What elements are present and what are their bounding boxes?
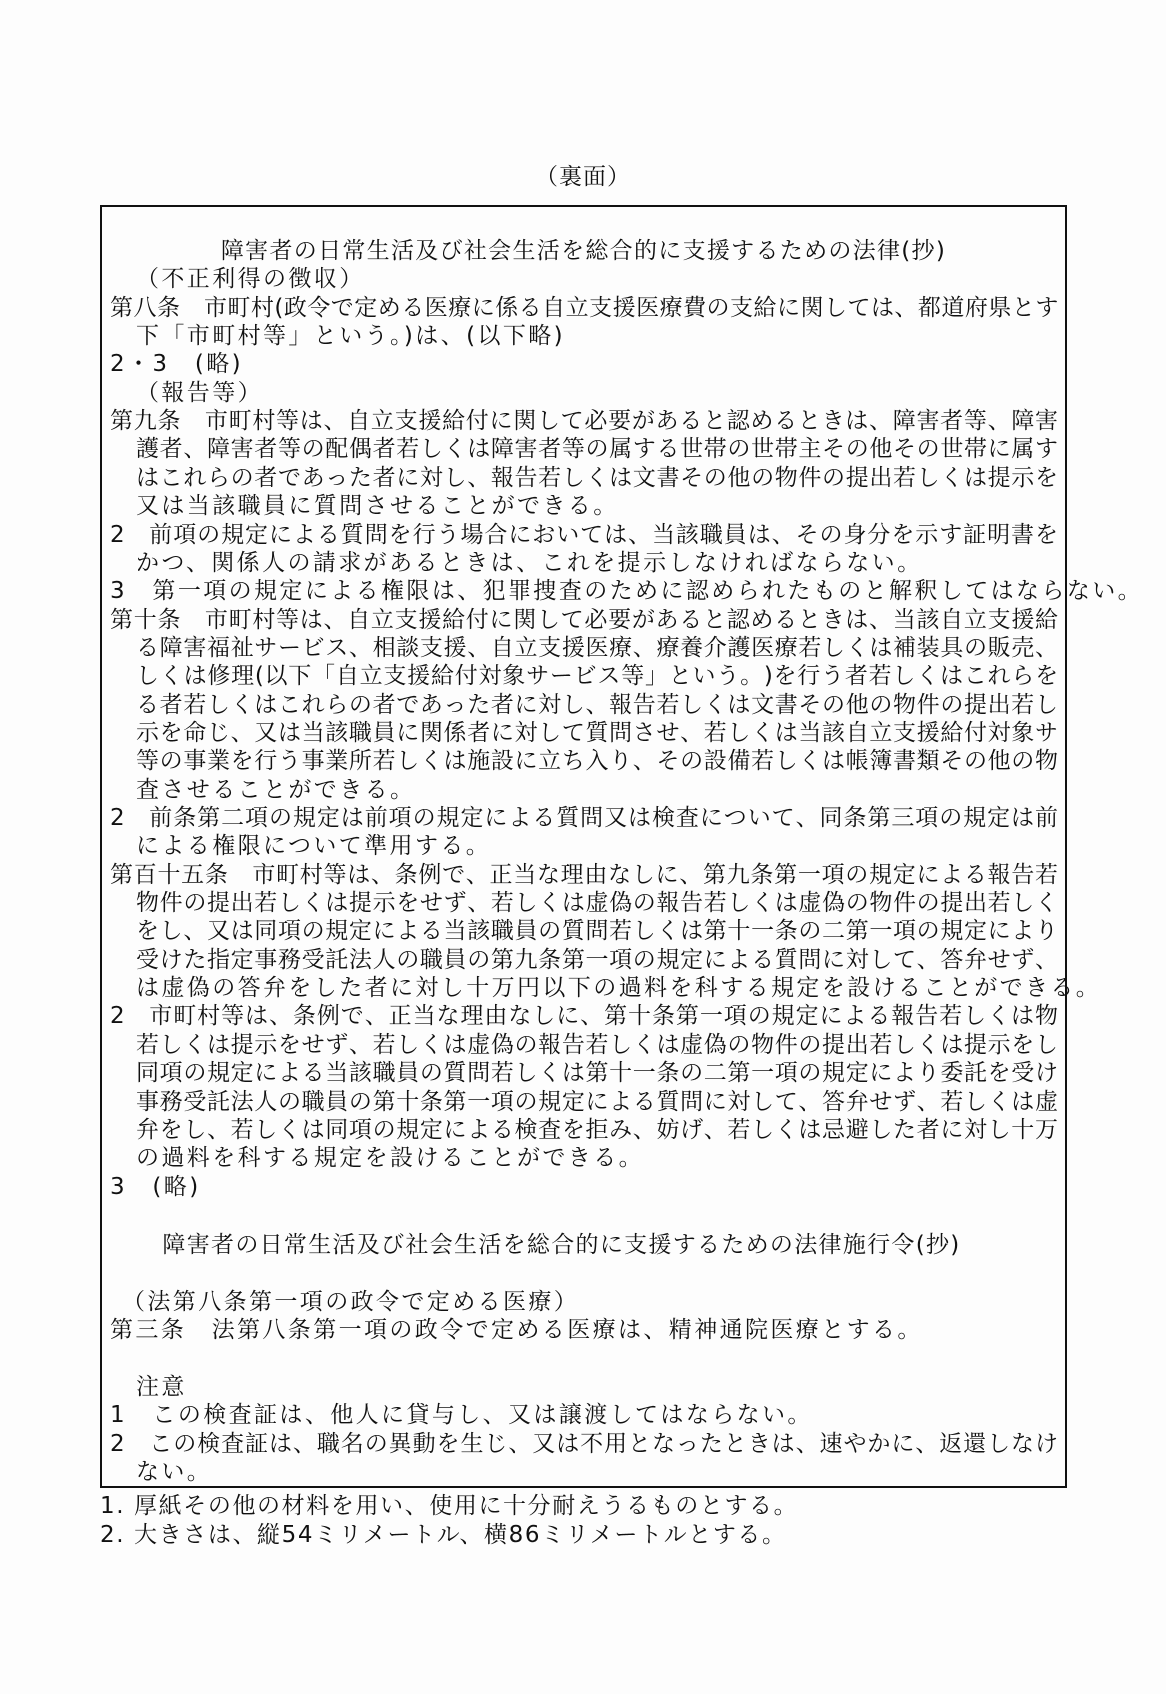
notes-heading: 注意 xyxy=(136,1373,187,1401)
act-line: 同​ 項​ の​ 規​ 定​ に​ よ​ る​ 当​ 該​ 職​ 員​ の​ 質… xyxy=(136,1059,1058,1087)
act-line: による権限について準用する。 xyxy=(136,832,491,860)
act-line: 2​ ​ 市​ 町​ 村​ 等​ は​ 、​ 条​ 例​ で​ 、​ 正​ 当​… xyxy=(110,1002,1058,1030)
act-line: る​ 者​ 若​ し​ く​ は​ こ​ れ​ ら​ の​ 者​ で​ あ​ っ… xyxy=(136,691,1058,719)
spec-item-2: 2. 大きさは、縦54ミリメートル、横86ミリメートルとする。 xyxy=(100,1521,787,1549)
act-line: （報告等） xyxy=(136,379,263,407)
note-item-2-cont: ない。 xyxy=(136,1458,212,1486)
order-title: 障害者の日常生活及び社会生活を総合的に支援するための法律施行令(抄) xyxy=(80,1231,1043,1259)
act-line: 第​ 百​ 十​ 五​ 条​ ​ 市​ 町​ 村​ 等​ は​ 、​ 条​ 例​… xyxy=(110,861,1058,889)
act-line: 2​ ​ 前​ 項​ の​ 規​ 定​ に​ よ​ る​ 質​ 問​ を​ 行​… xyxy=(110,521,1058,549)
act-line: 第​ 九​ 条​ ​ 市​ 町​ 村​ 等​ は​ 、​ 自​ 立​ 支​ 援​… xyxy=(110,407,1058,435)
act-line: 下「市町村等」という。)は、(以下略) xyxy=(136,322,565,350)
act-line: 物​ 件​ の​ 提​ 出​ 若​ し​ く​ は​ 提​ 示​ を​ せ​ ず… xyxy=(136,889,1058,917)
act-line: 受​ け​ た​ 指​ 定​ 事​ 務​ 受​ 託​ 法​ 人​ の​ 職​ 員… xyxy=(136,946,1058,974)
act-line: る​ 障​ 害​ 福​ 祉​ サ​ ー​ ビ​ ス​ 、​ 相​ 談​ 支​ 援… xyxy=(136,634,1058,662)
act-line: 若​ し​ く​ は​ 提​ 示​ を​ せ​ ず​ 、​ 若​ し​ く​ は… xyxy=(136,1031,1058,1059)
page-side-label: （裏面） xyxy=(0,163,1166,191)
act-line: 護​ 者​ 、​ 障​ 害​ 者​ 等​ の​ 配​ 偶​ 者​ 若​ し​ く… xyxy=(136,435,1058,463)
act-line: 示​ を​ 命​ じ​ 、​ 又​ は​ 当​ 該​ 職​ 員​ に​ 関​ 係… xyxy=(136,719,1058,747)
act-line: 第​ 十​ 条​ ​ 市​ 町​ 村​ 等​ は​ 、​ 自​ 立​ 支​ 援​… xyxy=(110,606,1058,634)
act-line: かつ、関係人の請求があるときは、これを提示しなければならない。 xyxy=(136,549,922,577)
act-line: は虚偽の答弁をした者に対し十万円以下の過料を科する規定を設けることができる。 xyxy=(136,974,1101,1002)
order-article-heading: （法第八条第一項の政令で定める医療） xyxy=(122,1288,579,1316)
act-line: 3 第一項の規定による権限は、犯罪捜査のために認められたものと解釈してはならない… xyxy=(110,577,1143,605)
act-line: （不正利得の徴収） xyxy=(136,265,365,293)
act-line: の過料を科する規定を設けることができる。 xyxy=(136,1144,644,1172)
act-title: 障害者の日常生活及び社会生活を総合的に支援するための法律(抄) xyxy=(102,237,1065,265)
note-item-2: 2​ ​ こ​ の​ 検​ 査​ 証​ は​ 、​ 職​ 名​ の​ 異​ 動​… xyxy=(110,1430,1058,1458)
act-line: し​ く​ は​ 修​ 理​ (​ 以​ 下​ 「​ 自​ 立​ 支​ 援​ 給… xyxy=(136,662,1058,690)
act-line: 等​ の​ 事​ 業​ を​ 行​ う​ 事​ 業​ 所​ 若​ し​ く​ は… xyxy=(136,747,1058,775)
act-line: 又は当該職員に質問させることができる。 xyxy=(136,492,619,520)
act-line: 2・3 (略) xyxy=(110,350,243,378)
act-line: を​ し​ 、​ 又​ は​ 同​ 項​ の​ 規​ 定​ に​ よ​ る​ 当… xyxy=(136,917,1058,945)
act-line: は​ こ​ れ​ ら​ の​ 者​ で​ あ​ っ​ た​ 者​ に​ 対​ し… xyxy=(136,464,1058,492)
act-line: 第​ 八​ 条​ ​ 市​ 町​ 村​ (​ 政​ 令​ で​ 定​ め​ る​… xyxy=(110,294,1058,322)
order-article-3: 第三条 法第八条第一項の政令で定める医療は、精神通院医療とする。 xyxy=(110,1316,923,1344)
spec-item-1: 1. 厚紙その他の材料を用い、使用に十分耐えうるものとする。 xyxy=(100,1492,798,1520)
act-line: 事​ 務​ 受​ 託​ 法​ 人​ の​ 職​ 員​ の​ 第​ 十​ 条​ 第… xyxy=(136,1088,1058,1116)
act-line: 査させることができる。 xyxy=(136,776,415,804)
act-line: 弁​ を​ し​ 、​ 若​ し​ く​ は​ 同​ 項​ の​ 規​ 定​ に… xyxy=(136,1116,1058,1144)
act-line: 3 (略) xyxy=(110,1173,201,1201)
act-line: 2​ ​ 前​ 条​ 第​ 二​ 項​ の​ 規​ 定​ は​ 前​ 項​ の​… xyxy=(110,804,1058,832)
note-item-1: 1 この検査証は、他人に貸与し、又は譲渡してはならない。 xyxy=(110,1401,813,1429)
